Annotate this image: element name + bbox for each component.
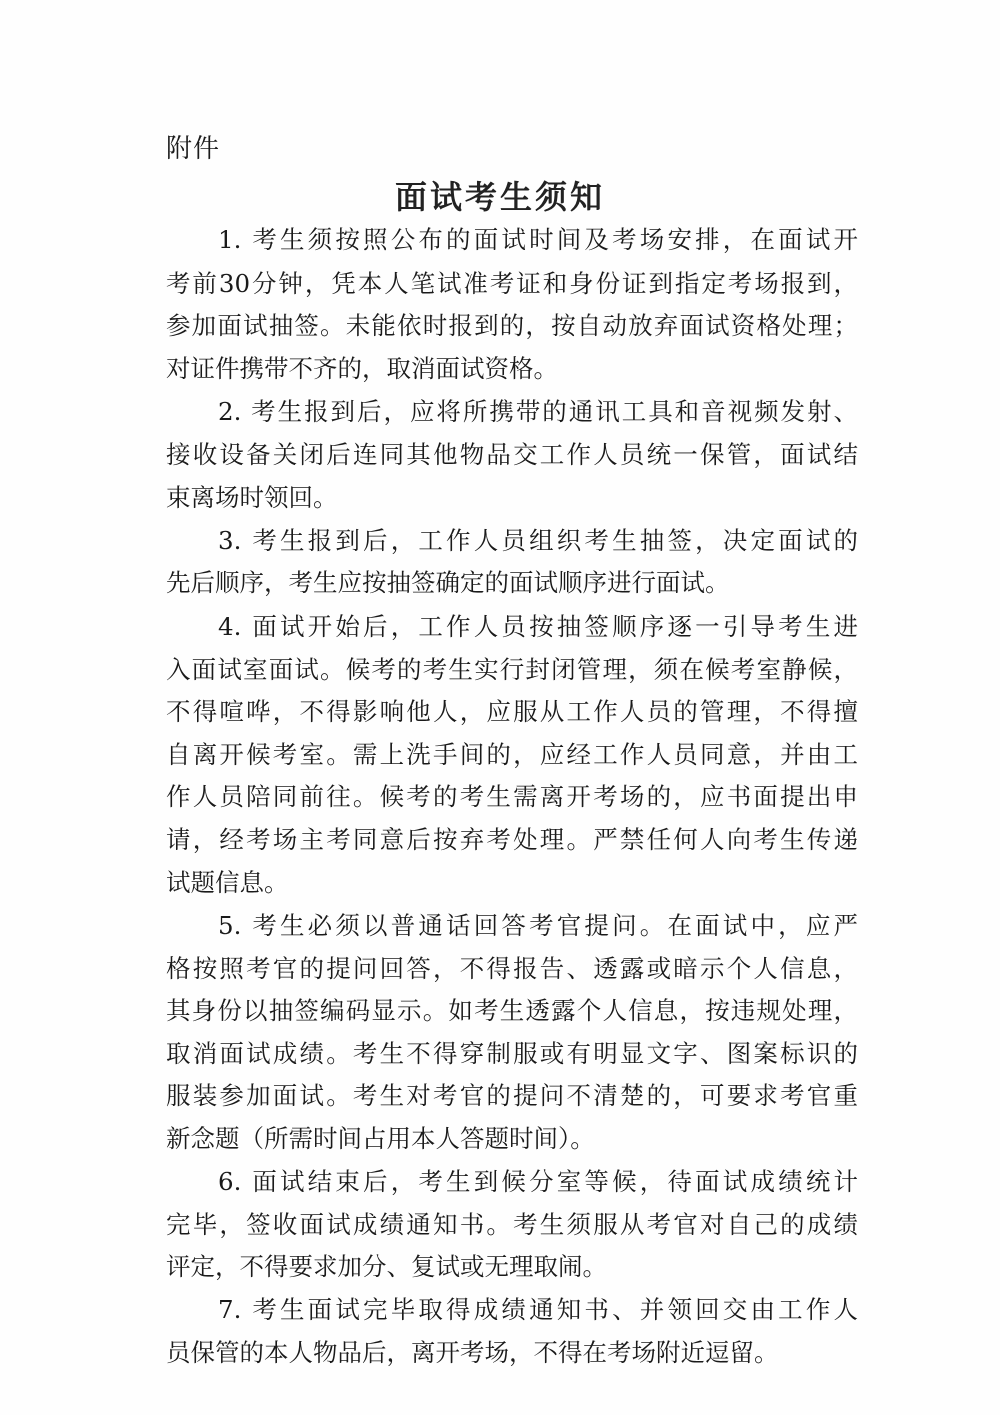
rule-item-start-line: 7. 考生面试完毕取得成绩通知书、并领回交由工作人: [218, 1290, 858, 1330]
rule-item-start-line: 4. 面试开始后，工作人员按抽签顺序逐一引导考生进: [218, 607, 858, 647]
rule-text-line: 束离场时领回。: [166, 478, 858, 518]
rule-item-start-line: 6. 面试结束后，考生到候分室等候，待面试成绩统计: [218, 1162, 858, 1202]
rule-text-line: 新念题（所需时间占用本人答题时间）。: [166, 1119, 858, 1159]
rule-text-line: 试题信息。: [166, 863, 858, 903]
document-page: 附件 面试考生须知 1. 考生须按照公布的面试时间及考场安排，在面试开考前30分…: [0, 0, 1000, 1415]
rule-text-line: 不得喧哗，不得影响他人，应服从工作人员的管理，不得擅: [166, 692, 858, 732]
rule-item-start-line: 3. 考生报到后，工作人员组织考生抽签，决定面试的: [218, 521, 858, 561]
rule-text-line: 员保管的本人物品后，离开考场，不得在考场附近逗留。: [166, 1333, 858, 1373]
rule-item-start-line: 1. 考生须按照公布的面试时间及考场安排，在面试开: [218, 220, 858, 260]
rule-text-line: 请，经考场主考同意后按弃考处理。严禁任何人向考生传递: [166, 820, 858, 860]
rule-text-line: 自离开候考室。需上洗手间的，应经工作人员同意，并由工: [166, 735, 858, 775]
rule-text-line: 评定，不得要求加分、复试或无理取闹。: [166, 1247, 858, 1287]
rule-text-line: 参加面试抽签。未能依时报到的，按自动放弃面试资格处理；: [166, 306, 858, 346]
rule-text-line: 其身份以抽签编码显示。如考生透露个人信息，按违规处理，: [166, 991, 858, 1031]
rule-text-line: 完毕，签收面试成绩通知书。考生须服从考官对自己的成绩: [166, 1205, 858, 1245]
rule-text-line: 对证件携带不齐的，取消面试资格。: [166, 349, 858, 389]
rule-text-line: 作人员陪同前往。候考的考生需离开考场的，应书面提出申: [166, 777, 858, 817]
rule-text-line: 服装参加面试。考生对考官的提问不清楚的，可要求考官重: [166, 1076, 858, 1116]
rule-item-start-line: 5. 考生必须以普通话回答考官提问。在面试中，应严: [218, 906, 858, 946]
rule-text-line: 接收设备关闭后连同其他物品交工作人员统一保管，面试结: [166, 435, 858, 475]
rule-item-start-line: 2. 考生报到后，应将所携带的通讯工具和音视频发射、: [218, 392, 858, 432]
rule-text-line: 取消面试成绩。考生不得穿制服或有明显文字、图案标识的: [166, 1034, 858, 1074]
attachment-label: 附件: [166, 128, 220, 165]
rule-text-line: 格按照考官的提问回答，不得报告、透露或暗示个人信息，: [166, 949, 858, 989]
rule-text-line: 入面试室面试。候考的考生实行封闭管理，须在候考室静候，: [166, 650, 858, 690]
rule-text-line: 考前30分钟，凭本人笔试准考证和身份证到指定考场报到，: [166, 264, 858, 304]
rule-text-line: 先后顺序，考生应按抽签确定的面试顺序进行面试。: [166, 563, 858, 603]
page-title: 面试考生须知: [0, 172, 1000, 218]
